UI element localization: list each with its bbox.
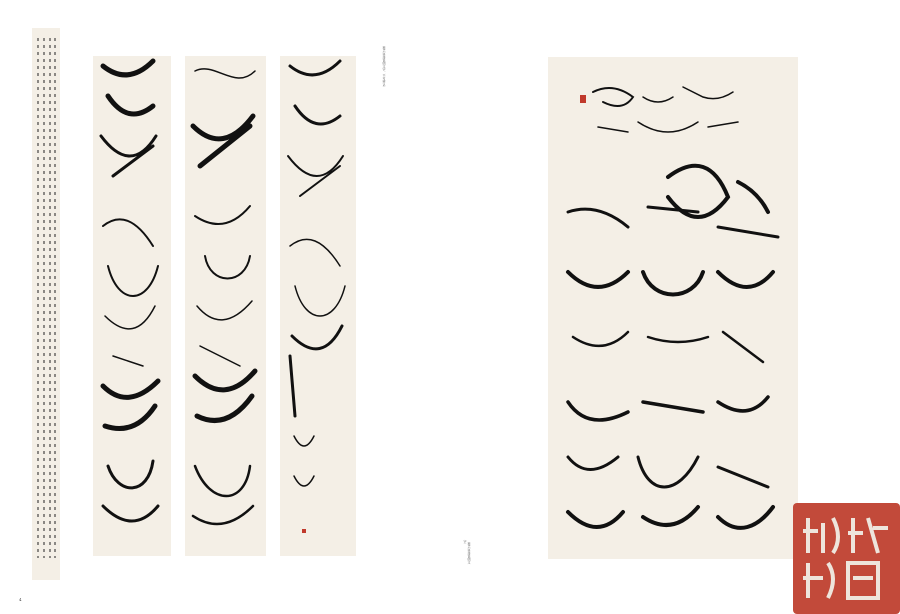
red-seal-stamp xyxy=(793,503,900,614)
calligraphy-panel xyxy=(548,57,798,559)
right-page: （微小竖排说明文字） xyxy=(450,0,900,614)
calligraphy-strokes-icon xyxy=(93,56,171,556)
calligraphy-strokes-icon xyxy=(280,56,356,556)
seal-mark xyxy=(302,529,306,533)
page-number: 4 xyxy=(19,597,22,602)
calligraphy-strokes-icon xyxy=(548,57,798,559)
calligraphy-strokes-icon xyxy=(185,56,266,556)
scroll-panel-1 xyxy=(93,56,171,556)
scroll-panel-3 xyxy=(280,56,356,556)
caption: （微小竖排说明文字） xyxy=(463,540,471,564)
caption: （微小竖排说明文字，不可辨认） xyxy=(382,44,386,104)
narrow-scroll-panel xyxy=(32,28,60,580)
scroll-panel-2 xyxy=(185,56,266,556)
seal-script-icon xyxy=(793,503,900,614)
calligraphy-strokes-icon xyxy=(32,28,60,580)
left-page: （微小竖排说明文字，不可辨认） 4 xyxy=(0,0,450,614)
